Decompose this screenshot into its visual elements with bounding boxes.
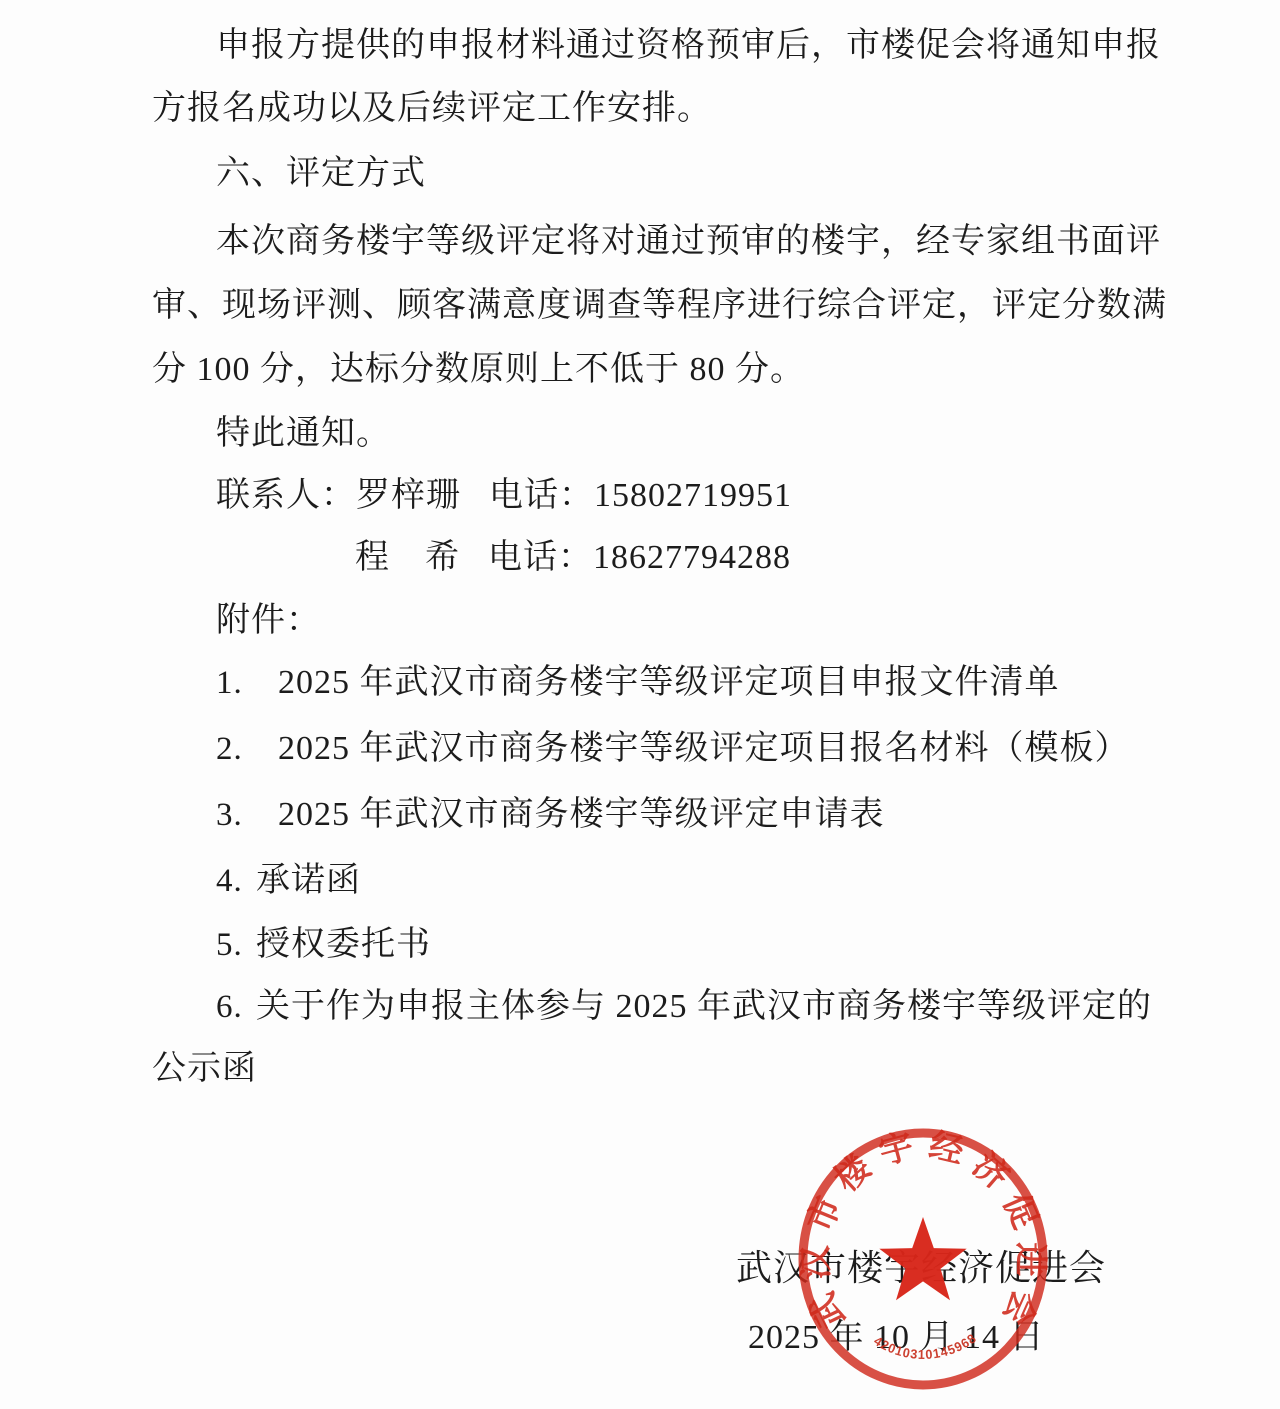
phone-number: 18627794288 (593, 539, 791, 576)
attachment-title: 2025 年武汉市商务楼宇等级评定项目报名材料（模板） (278, 730, 1130, 767)
phone-label: 电话： (488, 539, 593, 576)
contact-line-2: 程 希电话：18627794288 (355, 538, 791, 578)
attachment-item-3: 3.2025 年武汉市商务楼宇等级评定申请表 (216, 795, 885, 835)
notice-document-page: 申报方提供的申报材料通过资格预审后，市楼促会将通知申报 方报名成功以及后续评定工… (0, 0, 1280, 1409)
attachment-title: 2025 年武汉市商务楼宇等级评定项目申报文件清单 (278, 664, 1060, 701)
attachment-title: 2025 年武汉市商务楼宇等级评定申请表 (278, 796, 885, 833)
attachment-item-2: 2.2025 年武汉市商务楼宇等级评定项目报名材料（模板） (216, 729, 1130, 769)
body-line-1: 本次商务楼宇等级评定将对通过预审的楼宇，经专家组书面评 (216, 222, 1161, 262)
contact-name: 罗梓珊 (356, 477, 461, 514)
attachments-label: 附件： (216, 601, 321, 641)
attachment-number: 5. (216, 925, 256, 965)
attachment-number: 6. (216, 987, 256, 1027)
attachment-number: 1. (216, 663, 278, 703)
contact-name: 程 希 (355, 539, 460, 576)
phone-number: 15802719951 (594, 477, 792, 514)
intro-line-1: 申报方提供的申报材料通过资格预审后，市楼促会将通知申报 (216, 26, 1161, 66)
attachment-title: 承诺函 (256, 862, 361, 899)
attachment-number: 3. (216, 795, 278, 835)
section-heading: 六、评定方式 (216, 154, 426, 194)
attachment-number: 4. (216, 861, 256, 901)
official-seal: 武汉市楼宇经济促进会 42010310145968 (778, 1114, 1068, 1404)
contact-label: 联系人： (216, 477, 356, 514)
contact-line-1: 联系人：罗梓珊电话：15802719951 (216, 476, 792, 516)
phone-label: 电话： (489, 477, 594, 514)
seal-star-icon (879, 1217, 966, 1300)
closing-line: 特此通知。 (216, 414, 391, 454)
attachment-title: 授权委托书 (256, 926, 431, 963)
body-line-3: 分 100 分，达标分数原则上不低于 80 分。 (152, 350, 805, 390)
seal-serial-number: 42010310145968 (871, 1330, 979, 1362)
attachment-item-6: 6.关于作为申报主体参与 2025 年武汉市商务楼宇等级评定的 (216, 987, 1152, 1027)
attachment-item-4: 4.承诺函 (216, 861, 361, 901)
intro-line-2: 方报名成功以及后续评定工作安排。 (152, 89, 712, 129)
attachment-number: 2. (216, 729, 278, 769)
attachment-item-1: 1.2025 年武汉市商务楼宇等级评定项目申报文件清单 (216, 663, 1060, 703)
attachment-item-6-continuation: 公示函 (152, 1049, 257, 1089)
attachment-item-5: 5.授权委托书 (216, 925, 431, 965)
body-line-2: 审、现场评测、顾客满意度调查等程序进行综合评定，评定分数满 (152, 286, 1167, 326)
attachment-title: 关于作为申报主体参与 2025 年武汉市商务楼宇等级评定的 (256, 988, 1152, 1025)
